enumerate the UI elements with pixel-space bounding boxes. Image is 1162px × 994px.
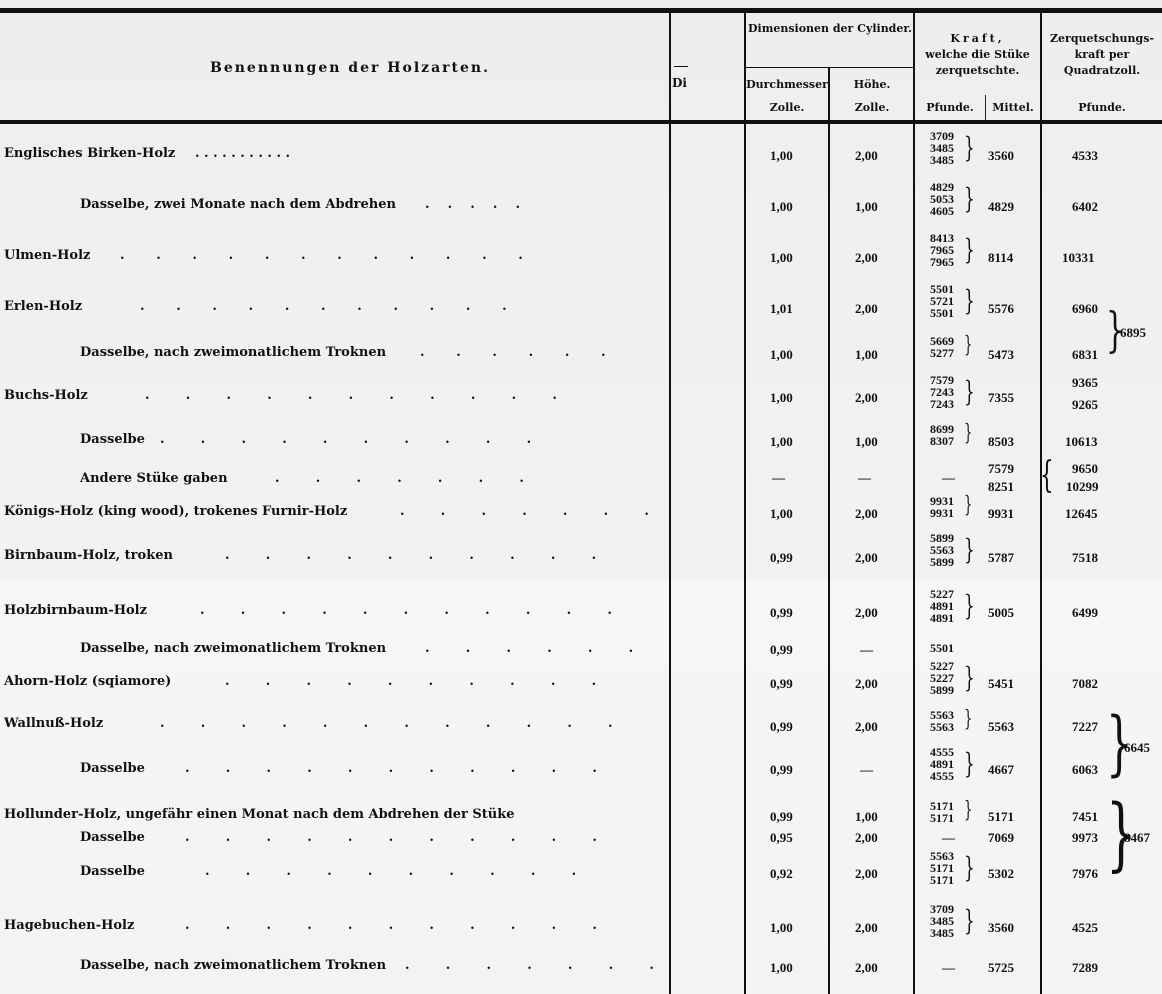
cell-pounds: 589955635899 — [930, 532, 954, 568]
cell-diameter: 1,00 — [770, 960, 793, 976]
cell-diameter: 1,00 — [770, 390, 793, 406]
cell-height: 1,00 — [855, 809, 878, 825]
leader-dots: . . . . . . . . . . . — [145, 388, 557, 403]
cell-mean-2: 8251 — [988, 479, 1014, 495]
leader-dots: . . . . . . . — [400, 504, 649, 519]
cell-crush: 9365 — [1072, 375, 1098, 391]
brace-icon: } — [964, 800, 972, 822]
leader-dots: . . . . . . . . . . . — [200, 603, 612, 618]
leader-dots: . . . . . — [425, 197, 520, 212]
leader-dots: . . . . . . . . . . . — [140, 299, 507, 314]
cell-crush: 6831 — [1072, 347, 1098, 363]
cell-height: 2,00 — [855, 676, 878, 692]
col-divider-height — [828, 68, 830, 994]
brace-icon: } — [964, 335, 972, 357]
header-rule — [0, 120, 1162, 124]
header-force-2: welche die Stüke — [915, 48, 1040, 61]
cell-mean: 5725 — [988, 960, 1014, 976]
header-crush-3: Quadratzoll. — [1042, 64, 1162, 77]
cell-pounds: 841379657965 — [930, 232, 954, 268]
cell-pounds: 757972437243 — [930, 374, 954, 410]
cell-mean: 3560 — [988, 920, 1014, 936]
cell-pounds: 99319931 — [930, 495, 954, 519]
cell-diameter: 0,99 — [770, 719, 793, 735]
cell-diameter: 0,99 — [770, 642, 793, 658]
cell-height: 2,00 — [855, 390, 878, 406]
cell-pounds: 522752275899 — [930, 660, 954, 696]
cell-pounds: 370934853485 — [930, 130, 954, 166]
brace-icon: } — [964, 750, 975, 778]
cell-height: 2,00 — [855, 920, 878, 936]
cell-height: — — [860, 642, 873, 658]
cell-crush-2: 10299 — [1066, 479, 1099, 495]
header-crush-unit: Pfunde. — [1042, 101, 1162, 114]
leader-dots: . . . . . . . . . . — [225, 548, 596, 563]
row-name: Dasselbe, nach zweimonatlichem Troknen — [80, 345, 386, 360]
row-name: Buchs-Holz — [4, 388, 88, 403]
leader-dots: . . . . . . . . . . . . — [120, 248, 523, 263]
cell-mean: 5563 — [988, 719, 1014, 735]
header-force-mean: Mittel. — [986, 101, 1040, 114]
cell-mean: 9931 — [988, 506, 1014, 522]
cell-crush: 10613 — [1065, 434, 1098, 450]
cell-crush: 7227 — [1072, 719, 1098, 735]
header-dimensions: Dimensionen der Cylinder. — [746, 22, 914, 35]
cell-diameter: 1,00 — [770, 250, 793, 266]
row-name: Hollunder-Holz, ungefähr einen Monat nac… — [4, 807, 515, 822]
dimensions-subrule — [744, 67, 914, 68]
brace-icon: { — [1040, 458, 1054, 494]
cell-height: 2,00 — [855, 250, 878, 266]
top-rule — [0, 8, 1162, 13]
cell-pounds: — — [942, 960, 955, 976]
cell-crush: 7976 — [1072, 866, 1098, 882]
cell-height: 2,00 — [855, 301, 878, 317]
row-name: Holzbirnbaum-Holz — [4, 603, 147, 618]
cell-crush: 9650 — [1072, 461, 1098, 477]
di-dash — [674, 66, 688, 67]
brace-icon: } — [964, 134, 975, 162]
brace-icon: } — [964, 592, 975, 620]
header-crush-2: kraft per — [1042, 48, 1162, 61]
cell-height: 2,00 — [855, 605, 878, 621]
cell-mean: 5451 — [988, 676, 1014, 692]
cell-crush: 4525 — [1072, 920, 1098, 936]
row-name: Birnbaum-Holz, troken — [4, 548, 173, 563]
cell-mean: 5787 — [988, 550, 1014, 566]
row-name: Ulmen-Holz — [4, 248, 90, 263]
leader-dots: . . . . . . . . . . . — [195, 146, 290, 161]
col-divider-di — [669, 12, 671, 994]
leader-dots: . . . . . . . . . . . — [185, 761, 597, 776]
cell-height: 2,00 — [855, 506, 878, 522]
cell-height: 2,00 — [855, 866, 878, 882]
cell-crush: 12645 — [1065, 506, 1098, 522]
group-mean-hollunder: 8467 — [1124, 830, 1150, 846]
cell-height: 2,00 — [855, 148, 878, 164]
document-page: Benennungen der Holzarten. Di Dimensione… — [0, 0, 1162, 994]
brace-icon: } — [964, 378, 975, 406]
cell-diameter: 0,92 — [770, 866, 793, 882]
cell-crush-2: 9265 — [1072, 397, 1098, 413]
cell-crush: 7289 — [1072, 960, 1098, 976]
group-mean-wallnuss: 6645 — [1124, 740, 1150, 756]
col-divider-crush — [1040, 12, 1042, 994]
leader-dots: . . . . . . — [425, 641, 633, 656]
cell-diameter: 0,99 — [770, 676, 793, 692]
header-force-1: Kraft, — [915, 32, 1040, 45]
header-height-unit: Zolle. — [830, 101, 914, 114]
leader-dots: . . . . . . . . . . . . — [160, 716, 613, 731]
cell-height: 2,00 — [855, 830, 878, 846]
row-name: Dasselbe — [80, 761, 145, 776]
cell-height: 1,00 — [855, 434, 878, 450]
cell-height: 2,00 — [855, 550, 878, 566]
brace-icon: } — [964, 236, 975, 264]
leader-dots: . . . . . . . . . . — [205, 864, 576, 879]
cell-pounds: 56695277 — [930, 335, 954, 359]
row-name: Hagebuchen-Holz — [4, 918, 134, 933]
leader-dots: . . . . . . — [420, 345, 606, 360]
header-di: Di — [672, 76, 687, 90]
row-name: Andere Stüke gaben — [80, 471, 228, 486]
row-name: Dasselbe — [80, 864, 145, 879]
header-force-3: zerquetschte. — [915, 64, 1040, 77]
cell-pounds: 55635563 — [930, 709, 954, 733]
cell-crush: 6063 — [1072, 762, 1098, 778]
cell-mean: 8114 — [988, 250, 1013, 266]
header-height: Höhe. — [830, 78, 914, 91]
cell-height: 1,00 — [855, 199, 878, 215]
brace-icon: } — [964, 854, 975, 882]
cell-pounds: 86998307 — [930, 423, 954, 447]
col-divider-diameter — [744, 12, 746, 994]
cell-diameter: 1,00 — [770, 434, 793, 450]
cell-pounds: 51715171 — [930, 800, 954, 824]
cell-crush: 9973 — [1072, 830, 1098, 846]
cell-diameter: 0,95 — [770, 830, 793, 846]
header-crush-1: Zerquetschungs- — [1042, 32, 1162, 45]
leader-dots: . . . . . . . . . . . — [185, 830, 597, 845]
cell-diameter: 1,00 — [770, 148, 793, 164]
cell-height: 2,00 — [855, 960, 878, 976]
cell-crush: 6402 — [1072, 199, 1098, 215]
cell-pounds: — — [942, 470, 955, 486]
cell-pounds: 370934853485 — [930, 903, 954, 939]
brace-icon: } — [964, 423, 972, 445]
brace-icon: } — [964, 536, 975, 564]
cell-diameter: 1,01 — [770, 301, 793, 317]
cell-height: 1,00 — [855, 347, 878, 363]
cell-diameter: 1,00 — [770, 347, 793, 363]
cell-mean: 4829 — [988, 199, 1014, 215]
cell-mean: 5005 — [988, 605, 1014, 621]
leader-dots: . . . . . . . . . . — [160, 432, 531, 447]
row-name: Dasselbe — [80, 432, 145, 447]
cell-mean: 7069 — [988, 830, 1014, 846]
cell-crush: 7451 — [1072, 809, 1098, 825]
header-force-pounds: Pfunde. — [915, 101, 985, 114]
cell-height: 2,00 — [855, 719, 878, 735]
brace-icon: } — [964, 495, 972, 517]
cell-diameter: 1,00 — [770, 199, 793, 215]
brace-icon: } — [964, 907, 975, 935]
leader-dots: . . . . . . . — [275, 471, 524, 486]
row-name: Wallnuß-Holz — [4, 716, 103, 731]
brace-icon: } — [964, 664, 975, 692]
brace-icon: } — [964, 287, 975, 315]
cell-diameter: 1,00 — [770, 506, 793, 522]
header-diameter-unit: Zolle. — [746, 101, 828, 114]
cell-pounds: 522748914891 — [930, 588, 954, 624]
cell-crush: 6499 — [1072, 605, 1098, 621]
cell-crush: 6960 — [1072, 301, 1098, 317]
row-name: Dasselbe, nach zweimonatlichem Troknen — [80, 641, 386, 656]
cell-diameter: 1,00 — [770, 920, 793, 936]
cell-height: — — [860, 762, 873, 778]
cell-mean: 5576 — [988, 301, 1014, 317]
cell-crush: 4533 — [1072, 148, 1098, 164]
cell-mean: 8503 — [988, 434, 1014, 450]
row-name: Ahorn-Holz (sqiamore) — [4, 674, 171, 689]
cell-pounds: — — [942, 830, 955, 846]
cell-diameter: — — [772, 470, 785, 486]
cell-pounds: 5501 — [930, 642, 954, 654]
leader-dots: . . . . . . . . . . — [225, 674, 596, 689]
cell-mean: 7355 — [988, 390, 1014, 406]
header-diameter: Durchmesser — [746, 78, 828, 91]
cell-diameter: 0,99 — [770, 809, 793, 825]
cell-mean: 3560 — [988, 148, 1014, 164]
brace-icon: } — [964, 185, 975, 213]
group-mean-erlen: 6895 — [1120, 325, 1146, 341]
row-name: Dasselbe, zwei Monate nach dem Abdrehen — [80, 197, 396, 212]
cell-mean: 5473 — [988, 347, 1014, 363]
cell-diameter: 0,99 — [770, 550, 793, 566]
cell-pounds: 550157215501 — [930, 283, 954, 319]
cell-mean: 4667 — [988, 762, 1014, 778]
header-wood-types: Benennungen der Holzarten. — [150, 60, 550, 76]
row-name: Dasselbe — [80, 830, 145, 845]
leader-dots: . . . . . . . . . . . — [185, 918, 597, 933]
row-name: Englisches Birken-Holz — [4, 146, 175, 161]
cell-mean: 5171 — [988, 809, 1014, 825]
cell-diameter: 0,99 — [770, 605, 793, 621]
cell-pounds: 455548914555 — [930, 746, 954, 782]
brace-icon: } — [964, 709, 972, 731]
cell-pounds: 482950534605 — [930, 181, 954, 217]
cell-crush: 7518 — [1072, 550, 1098, 566]
row-name: Dasselbe, nach zweimonatlichem Troknen — [80, 958, 386, 973]
cell-mean: 7579 — [988, 461, 1014, 477]
cell-height: — — [858, 470, 871, 486]
cell-mean: 5302 — [988, 866, 1014, 882]
row-name: Königs-Holz (king wood), trokenes Furnir… — [4, 504, 347, 519]
row-name: Erlen-Holz — [4, 299, 82, 314]
col-divider-force — [913, 12, 915, 994]
cell-diameter: 0,99 — [770, 762, 793, 778]
cell-crush: 10331 — [1062, 250, 1095, 266]
cell-pounds: 556351715171 — [930, 850, 954, 886]
cell-crush: 7082 — [1072, 676, 1098, 692]
leader-dots: . . . . . . . — [405, 958, 654, 973]
